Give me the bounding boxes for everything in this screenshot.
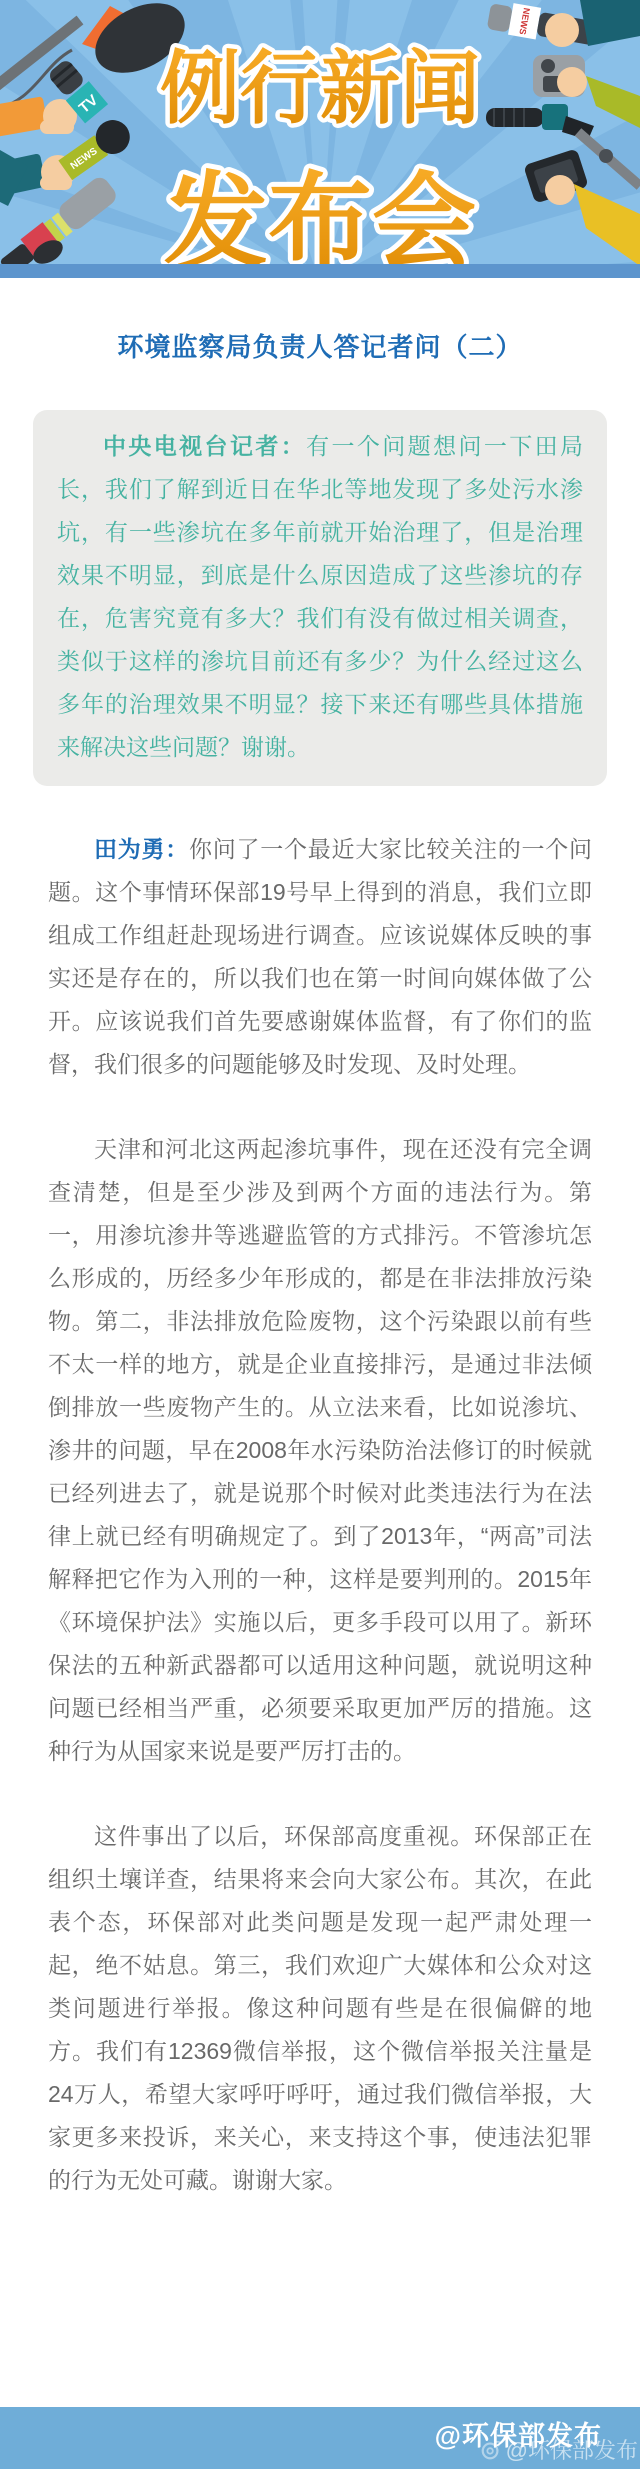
news-card: TV NEWS (0, 0, 640, 2469)
banner-title-line2: 发布会 (164, 165, 476, 278)
banner-bottom-strip (0, 264, 640, 278)
question-text: 有一个问题想问一下田局长，我们了解到近日在华北等地发现了多处污水渗坑，有一些渗坑… (57, 433, 583, 760)
answer-paragraph-1: 田为勇：你问了一个最近大家比较关注的一个问题。这个事情环保部19号早上得到的消息… (48, 828, 592, 1086)
answer-section: 田为勇：你问了一个最近大家比较关注的一个问题。这个事情环保部19号早上得到的消息… (48, 828, 592, 2202)
question-box: 中央电视台记者：有一个问题想问一下田局长，我们了解到近日在华北等地发现了多处污水… (33, 410, 607, 786)
answer-speaker: 田为勇： (94, 836, 189, 862)
answer-paragraph-3-text: 这件事出了以后，环保部高度重视。环保部正在组织土壤详查，结果将来会向大家公布。其… (48, 1823, 592, 2193)
weibo-watermark: @环保部发布 (480, 2434, 638, 2465)
banner-illustration: TV NEWS (0, 0, 640, 278)
footer-bar: @环保部发布 @环保部发布 (0, 2407, 640, 2469)
banner-title-line1: 例行新闻 (160, 44, 480, 133)
answer-paragraph-2: 天津和河北这两起渗坑事件，现在还没有完全调查清楚，但是至少涉及到两个方面的违法行… (48, 1128, 592, 1773)
page-title: 环境监察局负责人答记者问（二） (30, 330, 610, 364)
question-paragraph: 中央电视台记者：有一个问题想问一下田局长，我们了解到近日在华北等地发现了多处污水… (57, 425, 583, 769)
watermark-text: @环保部发布 (506, 2434, 638, 2465)
answer-paragraph-1-text: 你问了一个最近大家比较关注的一个问题。这个事情环保部19号早上得到的消息，我们立… (48, 836, 592, 1077)
answer-paragraph-2-text: 天津和河北这两起渗坑事件，现在还没有完全调查清楚，但是至少涉及到两个方面的违法行… (48, 1136, 592, 1764)
weibo-icon (480, 2439, 502, 2461)
question-speaker: 中央电视台记者： (103, 433, 306, 459)
answer-paragraph-3: 这件事出了以后，环保部高度重视。环保部正在组织土壤详查，结果将来会向大家公布。其… (48, 1815, 592, 2202)
press-conference-banner: TV NEWS (0, 0, 640, 278)
